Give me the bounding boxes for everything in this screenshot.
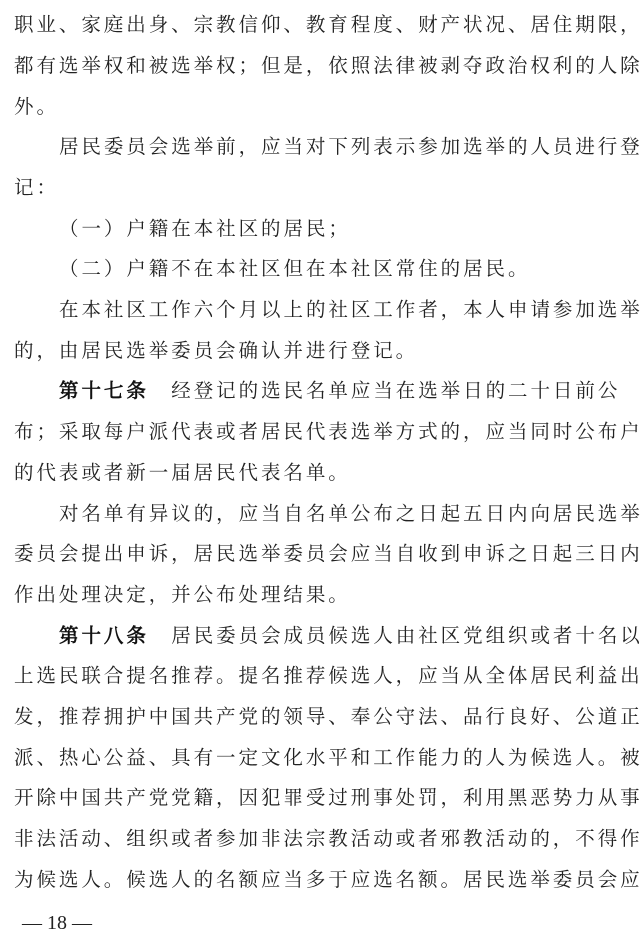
article-18-text: 居民委员会成员候选人由社区党组织或者十名以 (149, 624, 640, 647)
text-line: 委员会提出申诉，居民选举委员会应当自收到申诉之日起三日内 (14, 539, 640, 569)
page-number: — 18 — (22, 908, 92, 938)
text-line: 都有选举权和被选举权；但是，依照法律被剥夺政治权利的人除 (14, 51, 640, 81)
text-line: 上选民联合提名推荐。提名推荐候选人，应当从全体居民利益出 (14, 661, 640, 691)
text-line: 的代表或者新一届居民代表名单。 (14, 458, 351, 488)
article-17-heading: 第十七条 (59, 379, 149, 402)
list-item-1: （一）户籍在本社区的居民； (59, 214, 351, 244)
article-17-text: 经登记的选民名单应当在选举日的二十日前公 (149, 379, 620, 402)
text-line: 外。 (14, 92, 59, 122)
article-18-line: 第十八条 居民委员会成员候选人由社区党组织或者十名以 (59, 621, 640, 651)
text-line: 非法活动、组织或者参加非法宗教活动或者邪教活动的，不得作 (14, 824, 640, 854)
article-17-line: 第十七条 经登记的选民名单应当在选举日的二十日前公 (59, 376, 620, 406)
text-line: 为候选人。候选人的名额应当多于应选名额。居民选举委员会应 (14, 865, 640, 895)
text-line: 发，推荐拥护中国共产党的领导、奉公守法、品行良好、公道正 (14, 702, 640, 732)
text-line: 作出处理决定，并公布处理结果。 (14, 580, 351, 610)
article-18-heading: 第十八条 (59, 624, 149, 647)
text-line: 的，由居民选举委员会确认并进行登记。 (14, 336, 418, 366)
paragraph-start-line: 对名单有异议的，应当自名单公布之日起五日内向居民选举 (59, 499, 640, 529)
paragraph-start-line: 居民委员会选举前，应当对下列表示参加选举的人员进行登 (59, 132, 640, 162)
text-line: 布；采取每户派代表或者居民代表选举方式的，应当同时公布户 (14, 417, 640, 447)
text-line: 职业、家庭出身、宗教信仰、教育程度、财产状况、居住期限， (14, 10, 640, 40)
list-item-2: （二）户籍不在本社区但在本社区常住的居民。 (59, 254, 530, 284)
text-line: 派、热心公益、具有一定文化水平和工作能力的人为候选人。被 (14, 743, 640, 773)
paragraph-start-line: 在本社区工作六个月以上的社区工作者，本人申请参加选举 (59, 295, 640, 325)
document-page: 职业、家庭出身、宗教信仰、教育程度、财产状况、居住期限， 都有选举权和被选举权；… (0, 0, 640, 947)
text-line: 记： (14, 173, 59, 203)
text-line: 开除中国共产党党籍，因犯罪受过刑事处罚，利用黑恶势力从事 (14, 783, 640, 813)
